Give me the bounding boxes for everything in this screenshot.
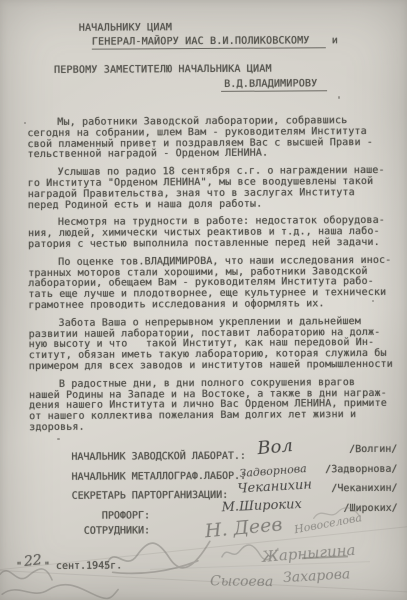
paragraph: Услышав по радио 18 сентября с.г. о нагр… xyxy=(28,166,394,211)
letter-body: Мы, работники Заводской лаборатории, соб… xyxy=(27,116,395,441)
paragraph: По оценке тов.ВЛАДИМИРОВА, что наши иссл… xyxy=(28,256,394,312)
open-quote: " xyxy=(16,561,22,572)
paper-speck xyxy=(372,300,374,302)
signature-scrawl xyxy=(218,541,280,565)
signature-handwriting: Чеканихин xyxy=(237,477,312,496)
addressee2-name-underlined: В.Д.ВЛАДИМИРОВУ xyxy=(221,78,327,92)
scanned-letter-page: НАЧАЛЬНИКУ ЦИАМ ГЕНЕРАЛ-МАЙОРУ ИАС В.И.П… xyxy=(0,0,407,600)
signature-scrawl xyxy=(310,504,362,524)
handwritten-day: 22 xyxy=(23,552,42,570)
signature-row: НАЧАЛЬНИК МЕТАЛЛОГРАФ.ЛАБОР.: Задворнова… xyxy=(71,462,397,483)
typed-month-year: сент.1945г. xyxy=(56,561,122,572)
signature-handwriting: Вол xyxy=(256,435,293,459)
close-quote: " xyxy=(44,561,50,572)
paper-speck xyxy=(57,438,60,440)
date-line: "22" сент.1945г. xyxy=(16,557,122,574)
addressee2-title: ПЕРВОМУ ЗАМЕСТИТЕЛЮ НАЧАЛЬНИКА ЦИАМ xyxy=(54,64,272,76)
addressee-name-underlined: ГЕНЕРАЛ-МАЙОРУ ИАС В.И.ПОЛИКОВСКОМУ xyxy=(92,35,326,49)
paragraph: Несмотря на трудности в работе: недостат… xyxy=(28,216,394,251)
addressee-conjunction: и xyxy=(325,35,338,46)
signature-row: НАЧАЛЬНИК ЗАВОДСКОЙ ЛАБОРАТ.: Вол /Волги… xyxy=(71,443,397,464)
paper-speck xyxy=(338,96,340,99)
signature-printed-name: /Задворнова/ xyxy=(325,463,397,474)
addressee-name-line: ГЕНЕРАЛ-МАЙОРУ ИАС В.И.ПОЛИКОВСКОМУ и xyxy=(92,35,338,48)
staff-signature: Н. Деев xyxy=(204,513,283,542)
signature-role-label: НАЧАЛЬНИК МЕТАЛЛОГРАФ.ЛАБОР.: xyxy=(71,470,246,482)
signature-printed-name: /Чеканихин/ xyxy=(331,483,397,494)
signature-role-label: НАЧАЛЬНИК ЗАВОДСКОЙ ЛАБОРАТ.: xyxy=(71,451,246,463)
paragraph: Мы, работники Заводской лаборатории, соб… xyxy=(27,116,393,161)
signature-handwriting: Задворнова xyxy=(239,462,307,480)
staff-signature: Захарова xyxy=(283,566,351,586)
paragraph: В радостные дни, в дни полного сокрушени… xyxy=(29,378,395,434)
signature-role-label: СЕКРЕТАРЬ ПАРТОРГАНИЗАЦИИ: xyxy=(72,490,229,502)
addressee2-name-line: В.Д.ВЛАДИМИРОВУ xyxy=(221,78,327,90)
paragraph: Забота Ваша о непрерывном укреплении и д… xyxy=(28,317,394,373)
signature-handwriting: М.Широких xyxy=(221,497,302,515)
letter-content: НАЧАЛЬНИКУ ЦИАМ ГЕНЕРАЛ-МАЙОРУ ИАС В.И.П… xyxy=(0,0,407,600)
signature-printed-name: /Волгин/ xyxy=(349,444,397,455)
paper-speck xyxy=(24,122,26,124)
addressee-title: НАЧАЛЬНИКУ ЦИАМ xyxy=(79,22,172,34)
staff-signature: Сысоева xyxy=(210,573,273,590)
